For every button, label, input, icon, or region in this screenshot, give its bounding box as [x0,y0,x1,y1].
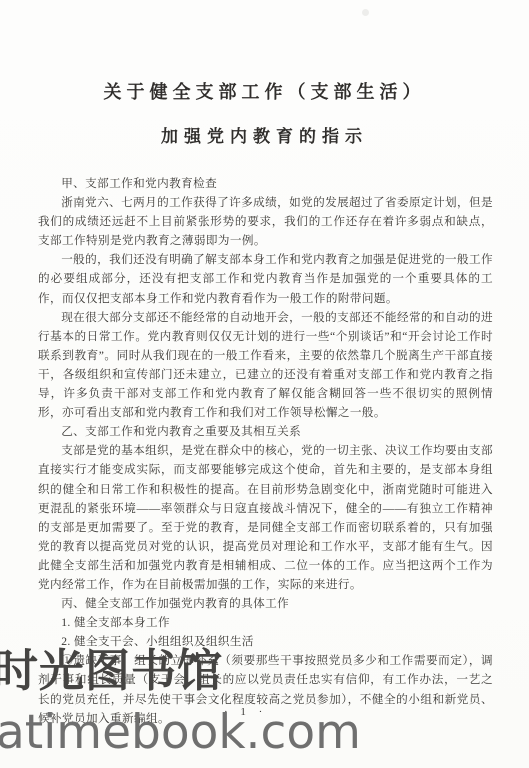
section-heading: 甲、支部工作和党内教育检查 [38,174,493,193]
library-watermark: 时光图书馆 [0,648,223,693]
document-title-line2: 加强党内教育的指示 [0,122,529,147]
document-title-block: 关于健全支部工作（支部生活） 加强党内教育的指示 [0,78,529,147]
paragraph: 支部是党的基本组织，是党在群众中的核心，党的一切主张、决议工作均要由支部直接实行… [38,441,493,594]
scanned-document-page: 关于健全支部工作（支部生活） 加强党内教育的指示 甲、支部工作和党内教育检查 浙… [0,0,529,768]
document-title-line1: 关于健全支部工作（支部生活） [0,78,529,104]
paragraph: 浙南党六、七两月的工作获得了许多成绩，如党的发展超过了省委原定计划，但是我们的成… [38,193,493,250]
section-heading: 乙、支部工作和党内教育之重要及其相互关系 [38,422,493,441]
scan-speck [362,9,369,16]
list-item: 1. 健全支部本身工作 [38,613,493,632]
section-heading: 丙、健全支部工作加强党内教育的具体工作 [38,594,493,613]
site-watermark: atimebook.com [0,707,361,759]
paragraph: 一般的，我们还没有明确了解支部本身工作和党内教育之加强是促进党的一般工作的必要组… [38,250,493,307]
paragraph: 现在很大部分支部还不能经常的自动地开会，一般的支部还不能经常的和自动的进行基本的… [38,308,493,423]
